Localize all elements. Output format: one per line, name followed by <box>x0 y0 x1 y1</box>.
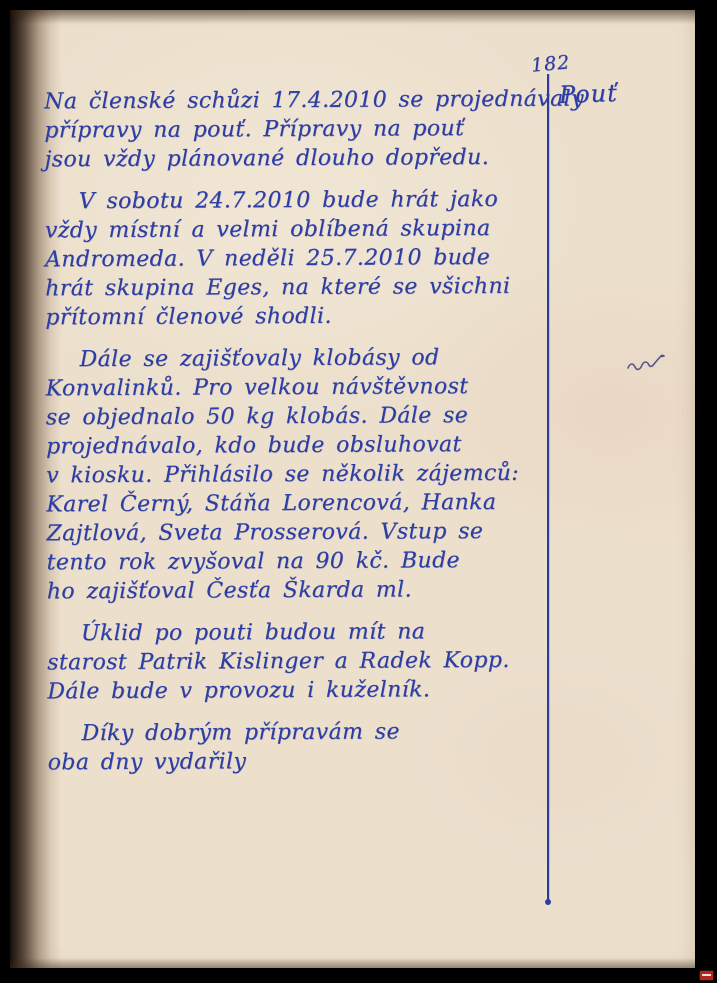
photo-frame: 182 Pouť Na členské schůzi 17.4.2010 se … <box>0 0 717 983</box>
text-line: V sobotu 24.7.2010 bude hrát jako <box>45 185 553 217</box>
text-line: přítomní členové shodli. <box>45 301 553 333</box>
corner-red-mark-bar <box>702 974 711 976</box>
page-number: 182 <box>530 51 571 76</box>
corner-red-mark <box>700 971 713 980</box>
text-line: přípravy na pouť. Přípravy na pouť <box>44 114 552 146</box>
text-line: tento rok zvyšoval na 90 kč. Bude <box>47 546 555 578</box>
page-edge-shadow-bottom <box>10 958 695 968</box>
text-line: v kiosku. Přihlásilo se několik zájemců: <box>46 459 554 491</box>
text-line: Na členské schůzi 17.4.2010 se projednáv… <box>44 85 552 117</box>
text-line: ho zajišťoval Česťa Škarda ml. <box>47 575 555 607</box>
text-line: Karel Černý, Stáňa Lorencová, Hanka <box>46 488 554 520</box>
margin-ink-squiggle-icon <box>624 348 670 378</box>
text-line: vždy místní a velmi oblíbená skupina <box>45 214 553 246</box>
page-edge-shadow <box>10 10 695 24</box>
notebook-page: 182 Pouť Na členské schůzi 17.4.2010 se … <box>10 10 695 968</box>
paragraph: V sobotu 24.7.2010 bude hrát jakovždy mí… <box>45 185 554 333</box>
text-line: Zajtlová, Sveta Prosserová. Vstup se <box>46 517 554 549</box>
text-line: hrát skupina Eges, na které se všichni <box>45 272 553 304</box>
text-line: Úklid po pouti budou mít na <box>47 617 555 649</box>
text-line: se objednalo 50 kg klobás. Dále se <box>46 401 554 433</box>
text-line: Dále se zajišťovaly klobásy od <box>46 343 554 375</box>
text-line: starost Patrik Kislinger a Radek Kopp. <box>47 646 555 678</box>
text-line: Andromeda. V neděli 25.7.2010 bude <box>45 243 553 275</box>
handwritten-text: Na členské schůzi 17.4.2010 se projednáv… <box>44 85 556 791</box>
text-line: Díky dobrým přípravám se <box>47 717 555 749</box>
text-line: Dále bude v provozu i kuželník. <box>47 675 555 707</box>
text-line: Konvalinků. Pro velkou návštěvnost <box>46 372 554 404</box>
paragraph: Dále se zajišťovaly klobásy odKonvalinků… <box>46 343 555 607</box>
text-line: jsou vždy plánované dlouho dopředu. <box>44 143 552 175</box>
paragraph: Na členské schůzi 17.4.2010 se projednáv… <box>44 85 552 175</box>
paragraph: Úklid po pouti budou mít nastarost Patri… <box>47 617 555 707</box>
text-line: projednávalo, kdo bude obsluhovat <box>46 430 554 462</box>
paragraph: Díky dobrým přípravám seoba dny vydařily <box>47 717 555 778</box>
text-line: oba dny vydařily <box>48 746 556 778</box>
